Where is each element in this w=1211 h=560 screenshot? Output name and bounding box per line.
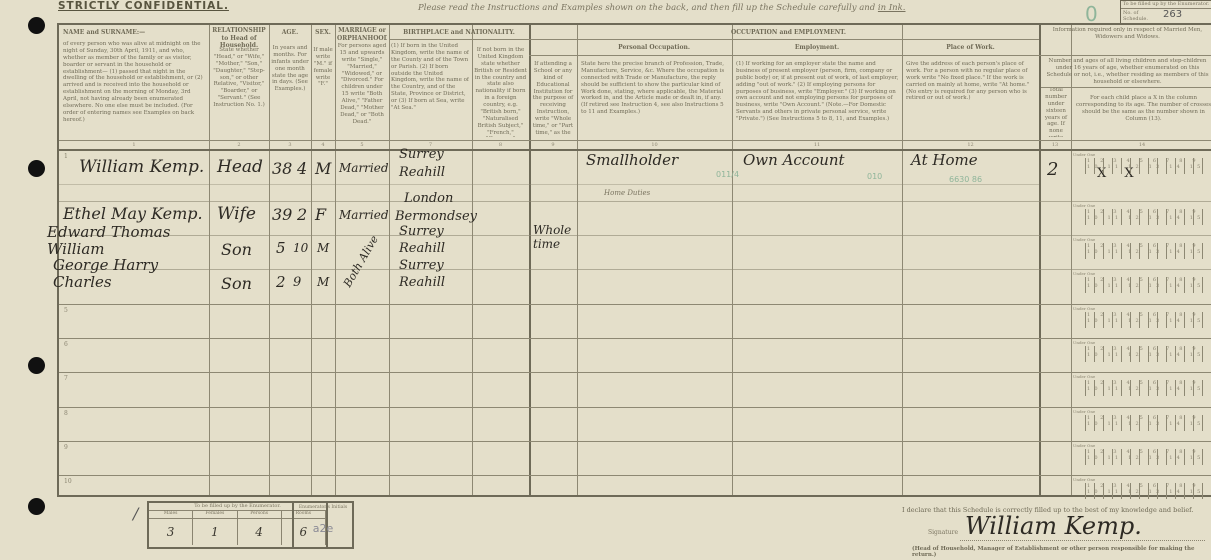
relationship: Wife	[217, 204, 256, 224]
age-months: 2	[297, 205, 307, 224]
birthplace-county: Surrey	[399, 224, 444, 239]
col-total-children-desc: Total number under sixteen years of age.…	[1042, 87, 1070, 137]
colnum-1: 1	[59, 142, 209, 148]
row-number: 9	[64, 444, 68, 451]
col-marriage-title: MARRIAGE or ORPHANHOOD.	[337, 27, 387, 42]
col-place-of-work-desc: Give the address of each person's place …	[906, 61, 1037, 137]
place-of-work: At Home	[911, 151, 978, 169]
child-age-grid: Under One1 2 3 4 5 6 7 8 9 10 11 12 13 1…	[1071, 237, 1211, 259]
col-place-of-work-title: Place of Work.	[904, 44, 1037, 52]
child-age-grid: Under One1 2 3 4 5 6 7 8 9 10 11 12 13 1…	[1071, 271, 1211, 293]
col-sex-title: SEX.	[312, 29, 334, 37]
instructions-line: Please read the Instructions and Example…	[418, 3, 906, 13]
age-grid-numbers: 1 2 3 4 5 6 7 8 9 10 11 12 13 14 15	[1087, 277, 1211, 289]
enum-persons: 4	[238, 519, 282, 545]
punch-hole	[28, 17, 45, 34]
person-name: Edward Thomas William	[47, 224, 197, 258]
employment-code: 010	[867, 172, 882, 181]
col-name-title: NAME and SURNAME:—	[63, 29, 205, 37]
age-grid-under-label: Under One	[1073, 306, 1095, 311]
birthplace-county: Surrey	[399, 147, 444, 162]
page-title: STRICTLY CONFIDENTIAL.	[58, 0, 229, 12]
school-attendance: Whole time	[533, 223, 573, 251]
punch-hole	[28, 357, 45, 374]
sex: M	[317, 275, 329, 289]
age-grid-under-label: Under One	[1073, 237, 1095, 242]
instructions-emphasis: in Ink.	[878, 3, 906, 13]
age-grid-numbers: 1 2 3 4 5 6 7 8 9 10 11 12 13 14 15	[1087, 415, 1211, 427]
col-employment-title: Employment.	[734, 44, 900, 52]
col-relationship-desc: State whether "Head," or "Wife," "Mother…	[211, 47, 267, 137]
enum-females: 1	[193, 519, 237, 545]
schedule-number: 263	[1163, 9, 1182, 20]
age-grid-numbers: 1 2 3 4 5 6 7 8 9 10 11 12 13 14 15	[1087, 312, 1211, 324]
col-occupation-group: OCCUPATION and EMPLOYMENT.	[531, 29, 1031, 37]
child-age-grid: Under One1 2 3 4 5 6 7 8 9 10 11 12 13 1…	[1071, 152, 1211, 174]
marriage-status: Both Alive	[341, 233, 381, 289]
occupation-code: 011/4	[716, 170, 739, 179]
person-name: George Harry Charles	[53, 257, 203, 291]
child-age-grid: Under One1 2 3 4 5 6 7 8 9 10 11 12 13 1…	[1071, 477, 1211, 499]
enum-header-males: Males	[149, 511, 193, 518]
age-grid-under-label: Under One	[1073, 203, 1095, 208]
colnum-12: 12	[902, 142, 1039, 148]
age-grid-under-label: Under One	[1073, 409, 1095, 414]
row-number: 7	[64, 375, 68, 382]
signature-caption: (Head of Household, Manager of Establish…	[912, 546, 1211, 558]
age-grid-under-label: Under One	[1073, 271, 1095, 276]
birthplace-county: London	[404, 191, 453, 206]
sex: M	[315, 159, 331, 178]
age-years: 2	[276, 273, 286, 291]
child-age-grid: Under One1 2 3 4 5 6 7 8 9 10 11 12 13 1…	[1071, 409, 1211, 431]
enumerator-initials: a2e	[294, 522, 352, 535]
sex: M	[317, 241, 329, 255]
signature-line	[960, 540, 1205, 541]
col-birthplace-desc-a: (1) If born in the United Kingdom, write…	[391, 43, 469, 137]
enum-header-persons: Persons	[238, 511, 282, 518]
col-nationality-desc: If not born in the United Kingdom state …	[474, 47, 527, 137]
marriage-status: Married	[339, 161, 389, 175]
age-grid-numbers: 1 2 3 4 5 6 7 8 9 10 11 12 13 14 15	[1087, 158, 1211, 170]
col-children-desc: Number and ages of all living children a…	[1042, 58, 1211, 86]
enum-males: 3	[149, 519, 193, 545]
child-age-grid: Under One1 2 3 4 5 6 7 8 9 10 11 12 13 1…	[1071, 203, 1211, 225]
birthplace-county: Surrey	[399, 258, 444, 273]
age-grid-numbers: 1 2 3 4 5 6 7 8 9 10 11 12 13 14 15	[1087, 243, 1211, 255]
col-occupation-title: Personal Occupation.	[579, 44, 729, 52]
instructions-text: Please read the Instructions and Example…	[418, 3, 875, 13]
person-name: Ethel May Kemp.	[63, 204, 203, 223]
col-marriage-desc: For persons aged 15 and upwards write "S…	[337, 43, 387, 137]
colnum-8: 8	[472, 142, 529, 148]
row-number: 8	[64, 410, 68, 417]
age-grid-under-label: Under One	[1073, 477, 1095, 482]
age-months: 4	[297, 159, 307, 178]
colnum-5: 5	[335, 142, 389, 148]
birthplace-town: Reahill	[399, 165, 445, 180]
age-grid-under-label: Under One	[1073, 443, 1095, 448]
schedule-box-caption: To be filled up by the Enumerator.	[1121, 1, 1211, 9]
col-school-desc: If attending a School or any kind of Edu…	[531, 61, 575, 137]
col-sex-desc: If male write "M." if female write "F."	[312, 47, 334, 137]
place-of-work-code: 6630 86	[949, 175, 982, 184]
age-years: 39	[272, 205, 292, 224]
colnum-9: 9	[529, 142, 577, 148]
age-grid-under-label: Under One	[1073, 152, 1095, 157]
child-age-grid: Under One1 2 3 4 5 6 7 8 9 10 11 12 13 1…	[1071, 340, 1211, 362]
col-child-ages-desc: For each child place a X in the column c…	[1074, 95, 1211, 135]
age-grid-numbers: 1 2 3 4 5 6 7 8 9 10 11 12 13 14 15	[1087, 449, 1211, 461]
row-number: 5	[64, 307, 68, 314]
col-name-desc: of every person who was alive at midnigh…	[63, 41, 205, 137]
colnum-2: 2	[209, 142, 269, 148]
age-years: 38	[272, 159, 292, 178]
row-number: 10	[64, 478, 72, 485]
signature-label: Signature	[928, 529, 958, 536]
employment: Own Account	[743, 151, 845, 169]
age-grid-numbers: 1 2 3 4 5 6 7 8 9 10 11 12 13 14 15	[1087, 209, 1211, 221]
colnum-3: 3	[269, 142, 311, 148]
colnum-4: 4	[311, 142, 335, 148]
relationship: Son	[221, 274, 252, 293]
col-children-group: Information required only in respect of …	[1042, 27, 1211, 53]
relationship: Head	[217, 157, 263, 177]
colnum-10: 10	[577, 142, 732, 148]
marriage-status: Married	[339, 208, 389, 222]
child-age-grid: Under One1 2 3 4 5 6 7 8 9 10 11 12 13 1…	[1071, 443, 1211, 465]
col-age-desc: In years and months. For infants under o…	[271, 45, 309, 137]
schedule-number-box: To be filled up by the Enumerator. No. o…	[1120, 0, 1211, 24]
child-age-grid: Under One1 2 3 4 5 6 7 8 9 10 11 12 13 1…	[1071, 306, 1211, 328]
age-years: 5	[276, 239, 286, 257]
row-number: 1	[64, 153, 68, 160]
birthplace-town: Reahill	[399, 275, 445, 290]
col-occupation-desc: State here the precise branch of Profess…	[581, 61, 729, 137]
birthplace-town: Bermondsey	[395, 209, 477, 224]
col-age-title: AGE.	[271, 29, 309, 37]
age-grid-under-label: Under One	[1073, 340, 1095, 345]
colnum-14: 14	[1071, 142, 1211, 148]
age-grid-numbers: 1 2 3 4 5 6 7 8 9 10 11 12 13 14 15	[1087, 483, 1211, 495]
total-children: 2	[1047, 159, 1058, 180]
person-name: William Kemp.	[79, 157, 204, 177]
enumerator-tick-mark: /	[133, 504, 138, 523]
child-age-grid: Under One1 2 3 4 5 6 7 8 9 10 11 12 13 1…	[1071, 374, 1211, 396]
age-months: 10	[293, 241, 308, 255]
row-number: 6	[64, 341, 68, 348]
age-months: 9	[293, 275, 301, 290]
enum-header-females: Females	[193, 511, 237, 518]
signature: William Kemp.	[965, 512, 1142, 540]
col-birthplace-title: BIRTHPLACE and NATIONALITY.	[391, 29, 527, 37]
punch-hole	[28, 160, 45, 177]
occupation-note: Home Duties	[604, 189, 650, 197]
census-form-table: NAME and SURNAME:— of every person who w…	[57, 23, 1211, 497]
age-grid-under-label: Under One	[1073, 374, 1095, 379]
schedule-box-label: No. of Schedule.	[1123, 10, 1143, 22]
punch-hole	[28, 498, 45, 515]
relationship: Son	[221, 240, 252, 259]
age-grid-numbers: 1 2 3 4 5 6 7 8 9 10 11 12 13 14 15	[1087, 380, 1211, 392]
enumerator-initials-caption: Enumerator's Initials	[294, 503, 352, 510]
age-grid-numbers: 1 2 3 4 5 6 7 8 9 10 11 12 13 14 15	[1087, 346, 1211, 358]
occupation: Smallholder	[586, 151, 678, 169]
sex: F	[315, 205, 326, 224]
colnum-11: 11	[732, 142, 902, 148]
col-employment-desc: (1) If working for an employer state the…	[736, 61, 900, 137]
birthplace-town: Reahill	[399, 241, 445, 256]
colnum-13: 13	[1039, 142, 1071, 148]
enumerator-initials-box: Enumerator's Initials a2e	[292, 501, 354, 549]
